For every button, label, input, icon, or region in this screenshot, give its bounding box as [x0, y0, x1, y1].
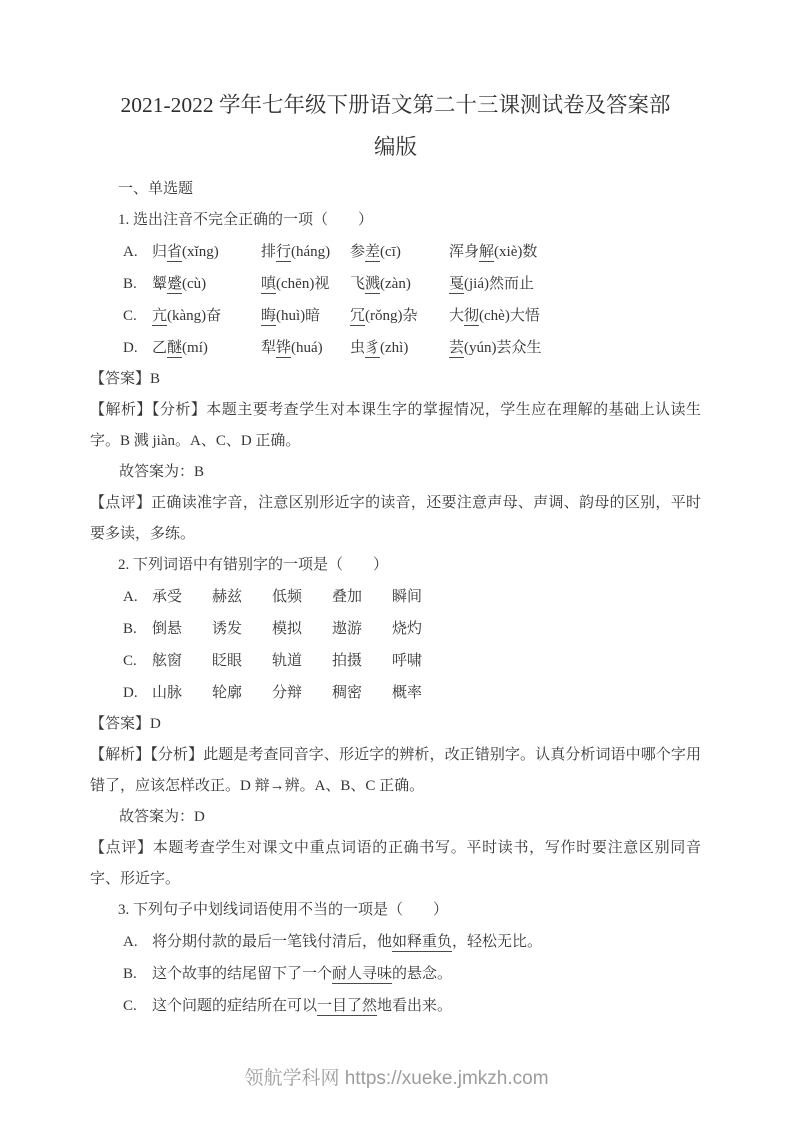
text-segment: 这个问题的症结所在可以 [152, 998, 317, 1014]
option-cell: 嗔(chēn)视 [261, 268, 350, 300]
underlined-term: 解 [479, 244, 494, 262]
section-heading: 一、单选题 [90, 174, 701, 205]
text-segment: (yún)芸众生 [464, 340, 542, 356]
underlined-term: 溅 [365, 276, 380, 294]
underlined-term: 芸 [449, 340, 464, 358]
text-segment: 呼啸 [392, 653, 422, 669]
option-cell: 晦(huì)暗 [261, 300, 350, 332]
option-cell: 分辩 [272, 677, 332, 709]
q2-option-c: C.舷窗眨眼轨道拍摄呼啸 [90, 645, 701, 677]
text-segment: 诱发 [212, 621, 242, 637]
text-segment: (chēn)视 [276, 276, 329, 292]
underlined-term: 行 [276, 244, 291, 262]
text-segment: (zàn) [380, 276, 411, 292]
text-segment: 【点评】正确读准字音，注意区别形近字的读音，还要注意声母、声调、韵母的区别，平时… [90, 495, 701, 542]
underlined-term: 铧 [276, 340, 291, 358]
option-label: A. [123, 926, 152, 958]
option-cell: 芸(yún)芸众生 [449, 332, 701, 364]
option-cell: 呼啸 [392, 645, 701, 677]
text-segment: 【点评】本题考查学生对课文中重点词语的正确书写。平时读书，写作时要注意区别同音字… [90, 840, 701, 887]
text-segment: 排 [261, 244, 276, 260]
underlined-term: 亢 [152, 308, 167, 326]
text-segment: 归 [152, 244, 167, 260]
option-cell: 遨游 [332, 613, 392, 645]
underlined-term: 一目了然 [317, 998, 377, 1016]
option-label: A. [123, 236, 152, 268]
text-segment: 烧灼 [392, 621, 422, 637]
option-cell: 参差(cī) [350, 236, 449, 268]
text-segment: 乙 [152, 340, 167, 356]
option-cell: 模拟 [272, 613, 332, 645]
option-cell: 颦蹙(cù) [152, 268, 261, 300]
text-segment: (zhì) [380, 340, 408, 356]
text-segment: 舷窗 [152, 653, 182, 669]
q2-option-d: D.山脉轮廓分辩稠密概率 [90, 677, 701, 709]
watermark: 领航学科网 https://xueke.jmkzh.com [0, 1063, 793, 1090]
text-segment: 2. 下列词语中有错别字的一项是（ ） [118, 557, 388, 573]
option-cell: 倒悬 [152, 613, 212, 645]
underlined-term: 冗 [350, 308, 365, 326]
text-segment: ，轻松无比。 [452, 934, 542, 950]
document-content: 2021-2022 学年七年级下册语文第二十三课测试卷及答案部编版 一、单选题1… [0, 0, 793, 1022]
option-cell: 舷窗 [152, 645, 212, 677]
q3-option-a: A.将分期付款的最后一笔钱付清后，他如释重负，轻松无比。 [90, 926, 701, 958]
option-label: A. [123, 581, 152, 613]
underlined-term: 蹙 [167, 276, 182, 294]
option-label: D. [123, 332, 152, 364]
underlined-term: 豸 [365, 340, 380, 358]
q1-option-b: B.颦蹙(cù)嗔(chēn)视飞溅(zàn)戛(jiá)然而止 [90, 268, 701, 300]
page-title-line1: 2021-2022 学年七年级下册语文第二十三课测试卷及答案部 [120, 93, 670, 117]
text-segment: 轮廓 [212, 685, 242, 701]
option-cell: 乙醚(mí) [152, 332, 261, 364]
underlined-term: 耐人寻味 [332, 966, 392, 984]
q2-option-a: A.承受赫兹低频叠加瞬间 [90, 581, 701, 613]
text-segment: 倒悬 [152, 621, 182, 637]
text-segment: 1. 选出注音不完全正确的一项（ ） [118, 212, 373, 228]
analysis-1: 【解析】【分析】本题主要考查学生对本课生字的掌握情况，学生应在理解的基础上认读生… [90, 395, 701, 457]
text-segment: 故答案为：B [119, 464, 204, 480]
text-segment: 故答案为：D [119, 809, 205, 825]
answer-1: 【答案】B [90, 364, 701, 395]
analysis-2: 【解析】【分析】此题是考查同音字、形近字的辨析，改正错别字。认真分析词语中哪个字… [90, 740, 701, 802]
text-segment: 颦 [152, 276, 167, 292]
text-segment: (huì)暗 [276, 308, 320, 324]
option-cell: 诱发 [212, 613, 272, 645]
text-segment: 将分期付款的最后一笔钱付清后，他 [152, 934, 392, 950]
text-segment: 一、单选题 [118, 181, 193, 197]
q1-option-d: D.乙醚(mí)犁铧(huá)虫豸(zhì)芸(yún)芸众生 [90, 332, 701, 364]
text-segment: 山脉 [152, 685, 182, 701]
text-segment: 浑身 [449, 244, 479, 260]
underlined-term: 彻 [464, 308, 479, 326]
q3-option-c: C.这个问题的症结所在可以一目了然地看出来。 [90, 990, 701, 1022]
text-segment: 拍摄 [332, 653, 362, 669]
text-segment: 【解析】【分析】本题主要考查学生对本课生字的掌握情况，学生应在理解的基础上认读生… [90, 402, 701, 449]
answer-2: 【答案】D [90, 709, 701, 740]
text-segment: 稠密 [332, 685, 362, 701]
option-cell: 稠密 [332, 677, 392, 709]
option-cell: 大彻(chè)大悟 [449, 300, 701, 332]
option-cell: 烧灼 [392, 613, 701, 645]
underlined-term: 省 [167, 244, 182, 262]
q2-option-b: B.倒悬诱发模拟遨游烧灼 [90, 613, 701, 645]
option-cell: 亢(kàng)奋 [152, 300, 261, 332]
text-segment: 遨游 [332, 621, 362, 637]
text-segment: 这个故事的结尾留下了一个 [152, 966, 332, 982]
text-segment: (cī) [380, 244, 401, 260]
option-cell: 冗(rǒng)杂 [350, 300, 449, 332]
option-label: C. [123, 990, 152, 1022]
document-page: 2021-2022 学年七年级下册语文第二十三课测试卷及答案部编版 一、单选题1… [0, 0, 793, 1122]
underlined-term: 嗔 [261, 276, 276, 294]
text-segment: (xǐng) [182, 244, 219, 260]
option-cell: 轮廓 [212, 677, 272, 709]
option-cell: 犁铧(huá) [261, 332, 350, 364]
option-cell: 浑身解(xiè)数 [449, 236, 701, 268]
option-cell: 眨眼 [212, 645, 272, 677]
option-sentence: 这个故事的结尾留下了一个耐人寻味的悬念。 [152, 958, 452, 990]
underlined-term: 醚 [167, 340, 182, 358]
text-segment: (huá) [291, 340, 323, 356]
q1-option-a: A.归省(xǐng)排行(háng)参差(cī)浑身解(xiè)数 [90, 236, 701, 268]
option-cell: 山脉 [152, 677, 212, 709]
question-3: 3. 下列句子中划线词语使用不当的一项是（ ） [90, 895, 701, 926]
option-cell: 低频 [272, 581, 332, 613]
text-segment: 【解析】【分析】此题是考查同音字、形近字的辨析，改正错别字。认真分析词语中哪个字… [90, 747, 701, 794]
conclusion-2: 故答案为：D [90, 802, 701, 833]
text-segment: 叠加 [332, 589, 362, 605]
option-cell: 承受 [152, 581, 212, 613]
conclusion-1: 故答案为：B [90, 457, 701, 488]
option-cell: 概率 [392, 677, 701, 709]
underlined-term: 差 [365, 244, 380, 262]
underlined-term: 戛 [449, 276, 464, 294]
text-segment: 犁 [261, 340, 276, 356]
text-segment: 模拟 [272, 621, 302, 637]
text-segment: 赫兹 [212, 589, 242, 605]
text-segment: 地看出来。 [377, 998, 452, 1014]
option-cell: 轨道 [272, 645, 332, 677]
option-cell: 飞溅(zàn) [350, 268, 449, 300]
question-2: 2. 下列词语中有错别字的一项是（ ） [90, 550, 701, 581]
text-segment: (mí) [182, 340, 208, 356]
question-1: 1. 选出注音不完全正确的一项（ ） [90, 205, 701, 236]
option-cell: 戛(jiá)然而止 [449, 268, 701, 300]
text-segment: 虫 [350, 340, 365, 356]
text-segment: (chè)大悟 [479, 308, 540, 324]
option-label: B. [123, 268, 152, 300]
text-segment: (cù) [182, 276, 206, 292]
text-segment: 承受 [152, 589, 182, 605]
text-segment: 概率 [392, 685, 422, 701]
text-segment: 瞬间 [392, 589, 422, 605]
text-segment: 参 [350, 244, 365, 260]
option-label: B. [123, 613, 152, 645]
text-segment: (xiè)数 [494, 244, 537, 260]
text-segment: 【答案】D [90, 716, 161, 732]
underlined-term: 如释重负 [392, 934, 452, 952]
underlined-term: 晦 [261, 308, 276, 326]
option-cell: 虫豸(zhì) [350, 332, 449, 364]
comment-1: 【点评】正确读准字音，注意区别形近字的读音，还要注意声母、声调、韵母的区别，平时… [90, 488, 701, 550]
text-segment: (háng) [291, 244, 330, 260]
option-cell: 归省(xǐng) [152, 236, 261, 268]
option-cell: 叠加 [332, 581, 392, 613]
option-label: C. [123, 645, 152, 677]
text-segment: (kàng)奋 [167, 308, 221, 324]
text-segment: 【答案】B [90, 371, 160, 387]
option-sentence: 这个问题的症结所在可以一目了然地看出来。 [152, 990, 452, 1022]
comment-2: 【点评】本题考查学生对课文中重点词语的正确书写。平时读书，写作时要注意区别同音字… [90, 833, 701, 895]
page-title-line2: 编版 [374, 135, 417, 159]
q3-option-b: B.这个故事的结尾留下了一个耐人寻味的悬念。 [90, 958, 701, 990]
page-title: 2021-2022 学年七年级下册语文第二十三课测试卷及答案部编版 [90, 84, 701, 168]
text-segment: 的悬念。 [392, 966, 452, 982]
option-cell: 拍摄 [332, 645, 392, 677]
text-segment: 飞 [350, 276, 365, 292]
text-segment: 轨道 [272, 653, 302, 669]
option-sentence: 将分期付款的最后一笔钱付清后，他如释重负，轻松无比。 [152, 926, 542, 958]
option-cell: 排行(háng) [261, 236, 350, 268]
text-segment: 大 [449, 308, 464, 324]
q1-option-c: C.亢(kàng)奋晦(huì)暗冗(rǒng)杂大彻(chè)大悟 [90, 300, 701, 332]
option-label: C. [123, 300, 152, 332]
text-segment: (jiá)然而止 [464, 276, 534, 292]
option-label: B. [123, 958, 152, 990]
text-segment: 3. 下列句子中划线词语使用不当的一项是（ ） [118, 902, 448, 918]
option-label: D. [123, 677, 152, 709]
option-cell: 瞬间 [392, 581, 701, 613]
text-segment: 低频 [272, 589, 302, 605]
text-segment: 眨眼 [212, 653, 242, 669]
text-segment: 分辩 [272, 685, 302, 701]
document-body: 一、单选题1. 选出注音不完全正确的一项（ ）A.归省(xǐng)排行(háng… [90, 174, 701, 1022]
text-segment: (rǒng)杂 [365, 308, 418, 324]
option-cell: 赫兹 [212, 581, 272, 613]
